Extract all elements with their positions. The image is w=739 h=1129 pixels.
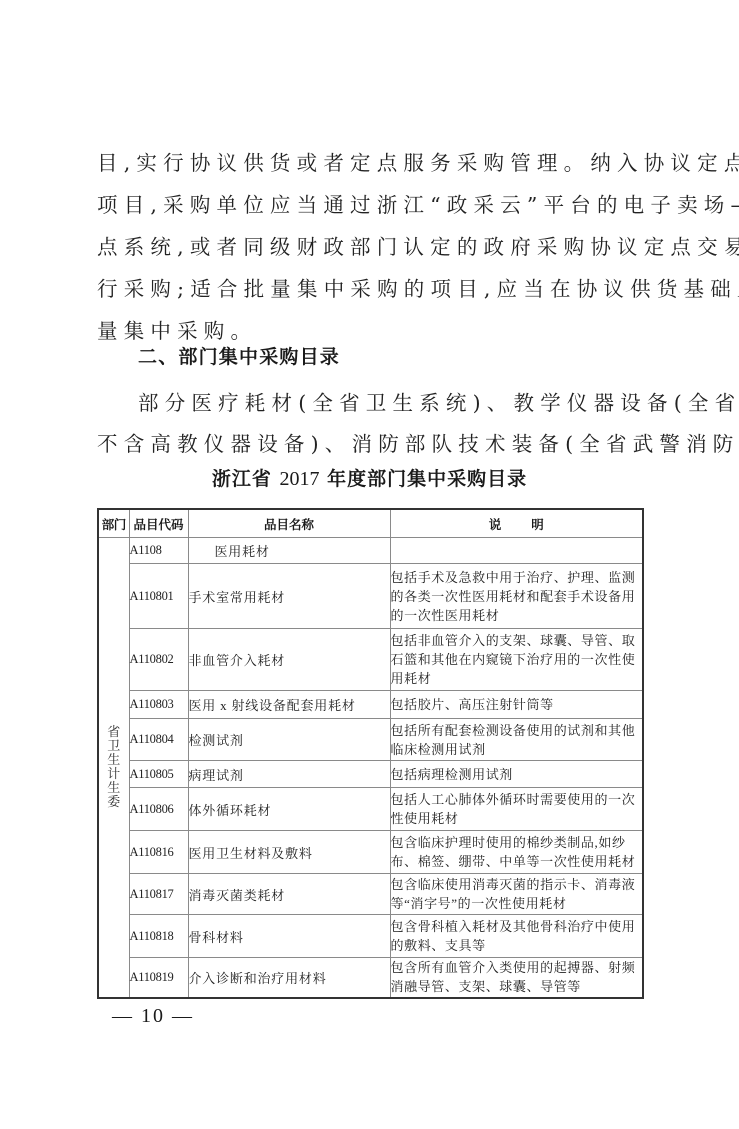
paragraph-2-line-1: 部分医疗耗材(全省卫生系统)、教学仪器设备(全省教育系统, (138, 389, 698, 417)
table-title-suffix: 年度部门集中采购目录 (320, 468, 528, 490)
item-code: A110816 (129, 831, 188, 874)
table-row: 省卫生计生委 A1108 医用耗材 (98, 538, 643, 564)
table-row: A110806 体外循环耗材 包括人工心肺体外循环时需要使用的一次性使用耗材 (98, 788, 643, 831)
section-heading: 二、部门集中采购目录 (138, 343, 340, 371)
page-number: — 10 — (112, 1003, 194, 1029)
paragraph-1-line-1: 目,实行协议供货或者定点服务采购管理。纳入协议定点管理的 (97, 149, 657, 177)
item-code: A110819 (129, 958, 188, 998)
table-title-prefix: 浙江省 (212, 468, 280, 490)
procurement-catalog-table: 部门 品目代码 品目名称 说明 省卫生计生委 A1108 医用耗材 A11080… (97, 508, 644, 999)
header-description: 说明 (390, 509, 643, 538)
table-title: 浙江省 2017 年度部门集中采购目录 (0, 465, 739, 493)
item-code: A110806 (129, 788, 188, 831)
item-name: 体外循环耗材 (188, 788, 390, 831)
item-name: 非血管介入耗材 (188, 629, 390, 691)
item-description: 包括人工心肺体外循环时需要使用的一次性使用耗材 (390, 788, 643, 831)
item-description: 包括手术及急救中用于治疗、护理、监测的各类一次性医用耗材和配套手术设备用的一次性… (390, 564, 643, 629)
item-name: 医用 x 射线设备配套用耗材 (188, 691, 390, 719)
item-code: A110802 (129, 629, 188, 691)
item-description: 包括非血管介入的支架、球囊、导管、取石篮和其他在内窥镜下治疗用的一次性使用耗材 (390, 629, 643, 691)
department-name: 省卫生计生委 (107, 725, 121, 809)
table-row: A110804 检测试剂 包括所有配套检测设备使用的试剂和其他临床检测用试剂 (98, 719, 643, 761)
header-description-char-2: 明 (531, 517, 544, 532)
item-name: 介入诊断和治疗用材料 (188, 958, 390, 998)
table-row: A110802 非血管介入耗材 包括非血管介入的支架、球囊、导管、取石篮和其他在… (98, 629, 643, 691)
item-name: 医用卫生材料及敷料 (188, 831, 390, 874)
paragraph-1-line-5: 量集中采购。 (97, 317, 657, 345)
paragraph-1-line-4: 行采购;适合批量集中采购的项目,应当在协议供货基础上实行批 (97, 275, 657, 303)
item-description: 包含所有血管介入类使用的起搏器、射频消融导管、支架、球囊、导管等 (390, 958, 643, 998)
item-code: A110803 (129, 691, 188, 719)
item-code: A110805 (129, 761, 188, 788)
paragraph-2-line-2: 不含高教仪器设备)、消防部队技术装备(全省武警消防部队区域)。 (97, 430, 657, 458)
paragraph-1-line-2: 项目,采购单位应当通过浙江“政采云”平台的电子卖场—协议定 (97, 191, 657, 219)
item-name: 医用耗材 (188, 538, 390, 564)
item-description: 包括所有配套检测设备使用的试剂和其他临床检测用试剂 (390, 719, 643, 761)
item-description: 包括胶片、高压注射针筒等 (390, 691, 643, 719)
item-name: 消毒灭菌类耗材 (188, 874, 390, 915)
table-row: A110801 手术室常用耗材 包括手术及急救中用于治疗、护理、监测的各类一次性… (98, 564, 643, 629)
header-item-name: 品目名称 (188, 509, 390, 538)
table-row: A110817 消毒灭菌类耗材 包含临床使用消毒灭菌的指示卡、消毒液等“消字号”… (98, 874, 643, 915)
item-code: A110817 (129, 874, 188, 915)
item-code: A1108 (129, 538, 188, 564)
header-department: 部门 (98, 509, 129, 538)
item-description: 包括病理检测用试剂 (390, 761, 643, 788)
table-row: A110819 介入诊断和治疗用材料 包含所有血管介入类使用的起搏器、射频消融导… (98, 958, 643, 998)
item-description: 包含临床使用消毒灭菌的指示卡、消毒液等“消字号”的一次性使用耗材 (390, 874, 643, 915)
department-cell: 省卫生计生委 (98, 538, 129, 998)
item-description: 包含临床护理时使用的棉纱类制品,如纱布、棉签、绷带、中单等一次性使用耗材 (390, 831, 643, 874)
item-name: 手术室常用耗材 (188, 564, 390, 629)
item-description: 包含骨科植入耗材及其他骨科治疗中使用的敷料、支具等 (390, 915, 643, 958)
paragraph-1-line-3: 点系统,或者同级财政部门认定的政府采购协议定点交易系统进 (97, 233, 657, 261)
table-row: A110803 医用 x 射线设备配套用耗材 包括胶片、高压注射针筒等 (98, 691, 643, 719)
item-code: A110804 (129, 719, 188, 761)
document-page: 目,实行协议供货或者定点服务采购管理。纳入协议定点管理的 项目,采购单位应当通过… (0, 0, 739, 1129)
item-name: 检测试剂 (188, 719, 390, 761)
header-description-char-1: 说 (489, 517, 502, 532)
item-code: A110818 (129, 915, 188, 958)
table-row: A110818 骨科材料 包含骨科植入耗材及其他骨科治疗中使用的敷料、支具等 (98, 915, 643, 958)
table-header-row: 部门 品目代码 品目名称 说明 (98, 509, 643, 538)
item-name: 病理试剂 (188, 761, 390, 788)
table-row: A110816 医用卫生材料及敷料 包含临床护理时使用的棉纱类制品,如纱布、棉签… (98, 831, 643, 874)
table-row: A110805 病理试剂 包括病理检测用试剂 (98, 761, 643, 788)
item-code: A110801 (129, 564, 188, 629)
item-description (390, 538, 643, 564)
item-name: 骨科材料 (188, 915, 390, 958)
table-title-year: 2017 (280, 468, 320, 490)
header-item-code: 品目代码 (129, 509, 188, 538)
